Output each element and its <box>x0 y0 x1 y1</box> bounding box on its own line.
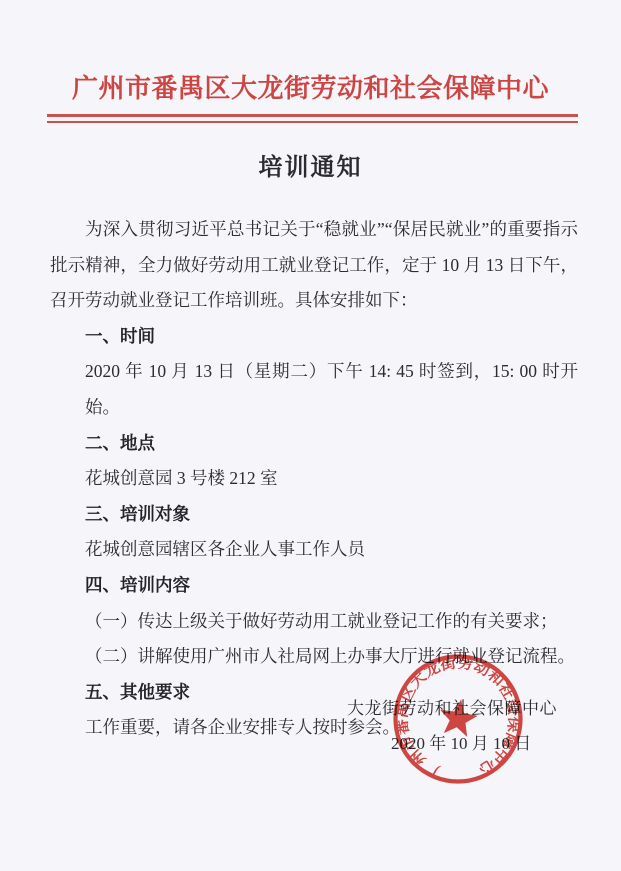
section-line-place: 花城创意园 3 号楼 212 室 <box>50 461 578 497</box>
section-line-time: 2020 年 10 月 13 日（星期二）下午 14: 45 时签到，15: 0… <box>50 354 578 425</box>
signature-date: 2020 年 10 月 10 日 <box>391 729 531 754</box>
header-org-name: 广州市番禺区大龙街劳动和社会保障中心 <box>0 68 621 105</box>
section-heading-time: 一、时间 <box>50 319 578 355</box>
document-title: 培训通知 <box>0 147 621 182</box>
signature-org-name: 大龙街劳动和社会保障中心 <box>347 694 557 719</box>
intro-paragraph: 为深入贯彻习近平总书记关于“稳就业”“保居民就业”的重要指示批示精神，全力做好劳… <box>50 212 578 319</box>
section-line-contents-1: （一）传达上级关于做好劳动用工就业登记工作的有关要求； <box>50 604 578 640</box>
section-heading-place: 二、地点 <box>50 426 578 462</box>
section-heading-contents: 四、培训内容 <box>50 568 578 604</box>
document-body: 为深入贯彻习近平总书记关于“稳就业”“保居民就业”的重要指示批示精神，全力做好劳… <box>50 212 578 746</box>
section-line-audience: 花城创意园辖区各企业人事工作人员 <box>50 532 578 568</box>
header-divider-rule <box>47 114 578 123</box>
scanned-notice-page: 广州市番禺区大龙街劳动和社会保障中心 培训通知 为深入贯彻习近平总书记关于“稳就… <box>0 0 621 871</box>
section-heading-audience: 三、培训对象 <box>50 497 578 533</box>
section-line-contents-2: （二）讲解使用广州市人社局网上办事大厅进行就业登记流程。 <box>50 639 578 675</box>
